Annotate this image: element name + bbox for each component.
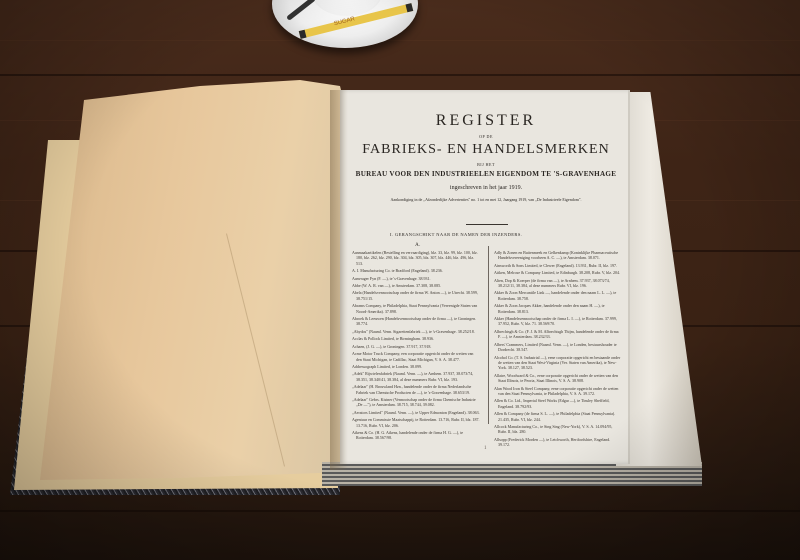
column-letter: A. [280,243,556,248]
table-plank-seam [0,510,800,512]
page-title-3: BUREAU VOOR DEN INDUSTRIEELEN EIGENDOM T… [355,169,617,178]
list-item: Akker & Zoon Jacques Akker, handelende o… [494,303,622,314]
list-item: Akker & Zoon Mercantile Link —, handelen… [494,290,622,301]
list-item: Aanmaakartikelen (Bestelling en vervaard… [352,250,480,266]
list-item: Allen & Company (de firma S. L. —), te P… [494,411,622,422]
list-item: Adly & Zonen en Buitenmeek en Gelkenkamp… [494,250,622,261]
list-item: Acclas & Pollock Limited, te Birmingham.… [352,336,480,341]
wood-grain [0,40,800,41]
list-item: „Aerators Limited" (Naaml. Venn. —), te … [352,410,480,415]
list-item: Abrams Company, te Philadelphia, Staat P… [352,303,480,314]
book-gutter-shadow [330,90,348,470]
list-item: Alan Wood Iron & Steel Company, eene cor… [494,386,622,397]
list-item: Acme Motor Truck Company, een corporatie… [352,351,480,362]
page-subtitle-1: OP DE [348,134,624,139]
book-flyleaf-blank-page[interactable] [40,80,346,480]
list-item: Abela (Handelsvennootschap onder de firm… [352,290,480,301]
list-item: „Adelaar" (H. Brouwland Hzn., handelende… [352,384,480,395]
list-item: Addressograph Limited, te Londen. 38.099… [352,364,480,369]
page-title-2: FABRIEKS- EN HANDELSMERKEN [348,142,624,158]
page-number: 1 [484,446,487,451]
list-item: Agentuur en Commissie Maatschappij, te R… [352,417,480,428]
list-item: Alten, Dop & Koerper (de firma van —), t… [494,278,622,289]
page-note: Aankondiging in de „Afzonderlijke Advert… [348,197,624,203]
page-content: REGISTER OP DE FABRIEKS- EN HANDELSMERKE… [348,100,624,456]
list-item: Aitken, Melrose & Company Limited, te Ed… [494,270,622,275]
title-rule [466,224,508,225]
list-item: Abroek & Leeuwen (Handelsvennootschap on… [352,316,480,327]
list-item: Albers' Crammers, Limited (Naaml. Venn. … [494,342,622,353]
page-year-line: ingeschreven in het jaar 1919. [348,185,624,191]
list-item: Aanvrager Fyn (F. —), te 's-Gravenhage. … [352,276,480,281]
section-heading: I. GERANGSCHIKT NAAR DE NAMEN DER INZEND… [348,232,624,237]
list-item: „Adek" Rijwielenfabriek (Naaml. Venn. —)… [352,371,480,382]
page-subtitle-2: BIJ HET [348,162,624,167]
list-item: Alcohol Co. (T. S. Industrial —), eene c… [494,355,622,371]
left-column: Aanmaakartikelen (Bestelling en vervaard… [352,250,480,443]
list-item: „Abydos" (Naaml. Venn. Sigarettenfabriek… [352,329,480,334]
list-item: Allcock Manufacturing Co., te Sing Sing … [494,424,622,435]
list-item: Achaen, (J. G. —), te Groningen. 37.917,… [352,344,480,349]
list-item: Allsopp (Frederick Morden —), te Letchwo… [494,437,622,448]
list-item: „Adelaar" Gebrs. Kistner (Vennootschap o… [352,397,480,408]
page-title: REGISTER [348,112,624,130]
right-column: Adly & Zonen en Buitenmeek en Gelkenkamp… [494,250,622,450]
list-item: Ainsworth & Sons Limited, te Clewer (Eng… [494,263,622,268]
list-item: Abbe (W. A. R. van —), te Amsterdam. 37.… [352,283,480,288]
list-item: A. I. Manufacturing Co. te Bradford (Eng… [352,268,480,273]
list-item: Akker (Handelsvennootschap onder de firm… [494,316,622,327]
list-item: Albrechtsgh & Co. (F. J. & M. Albrechtsg… [494,329,622,340]
list-item: Aikens & Co. (H. G. Aikens, handelende o… [352,430,480,441]
list-item: Allen & Co. Ltd., Imperial Steel Works (… [494,398,622,409]
table-plank-seam [0,74,800,76]
column-divider [488,246,489,424]
list-item: Allaire, Woodward & Co., eene corporatie… [494,373,622,384]
